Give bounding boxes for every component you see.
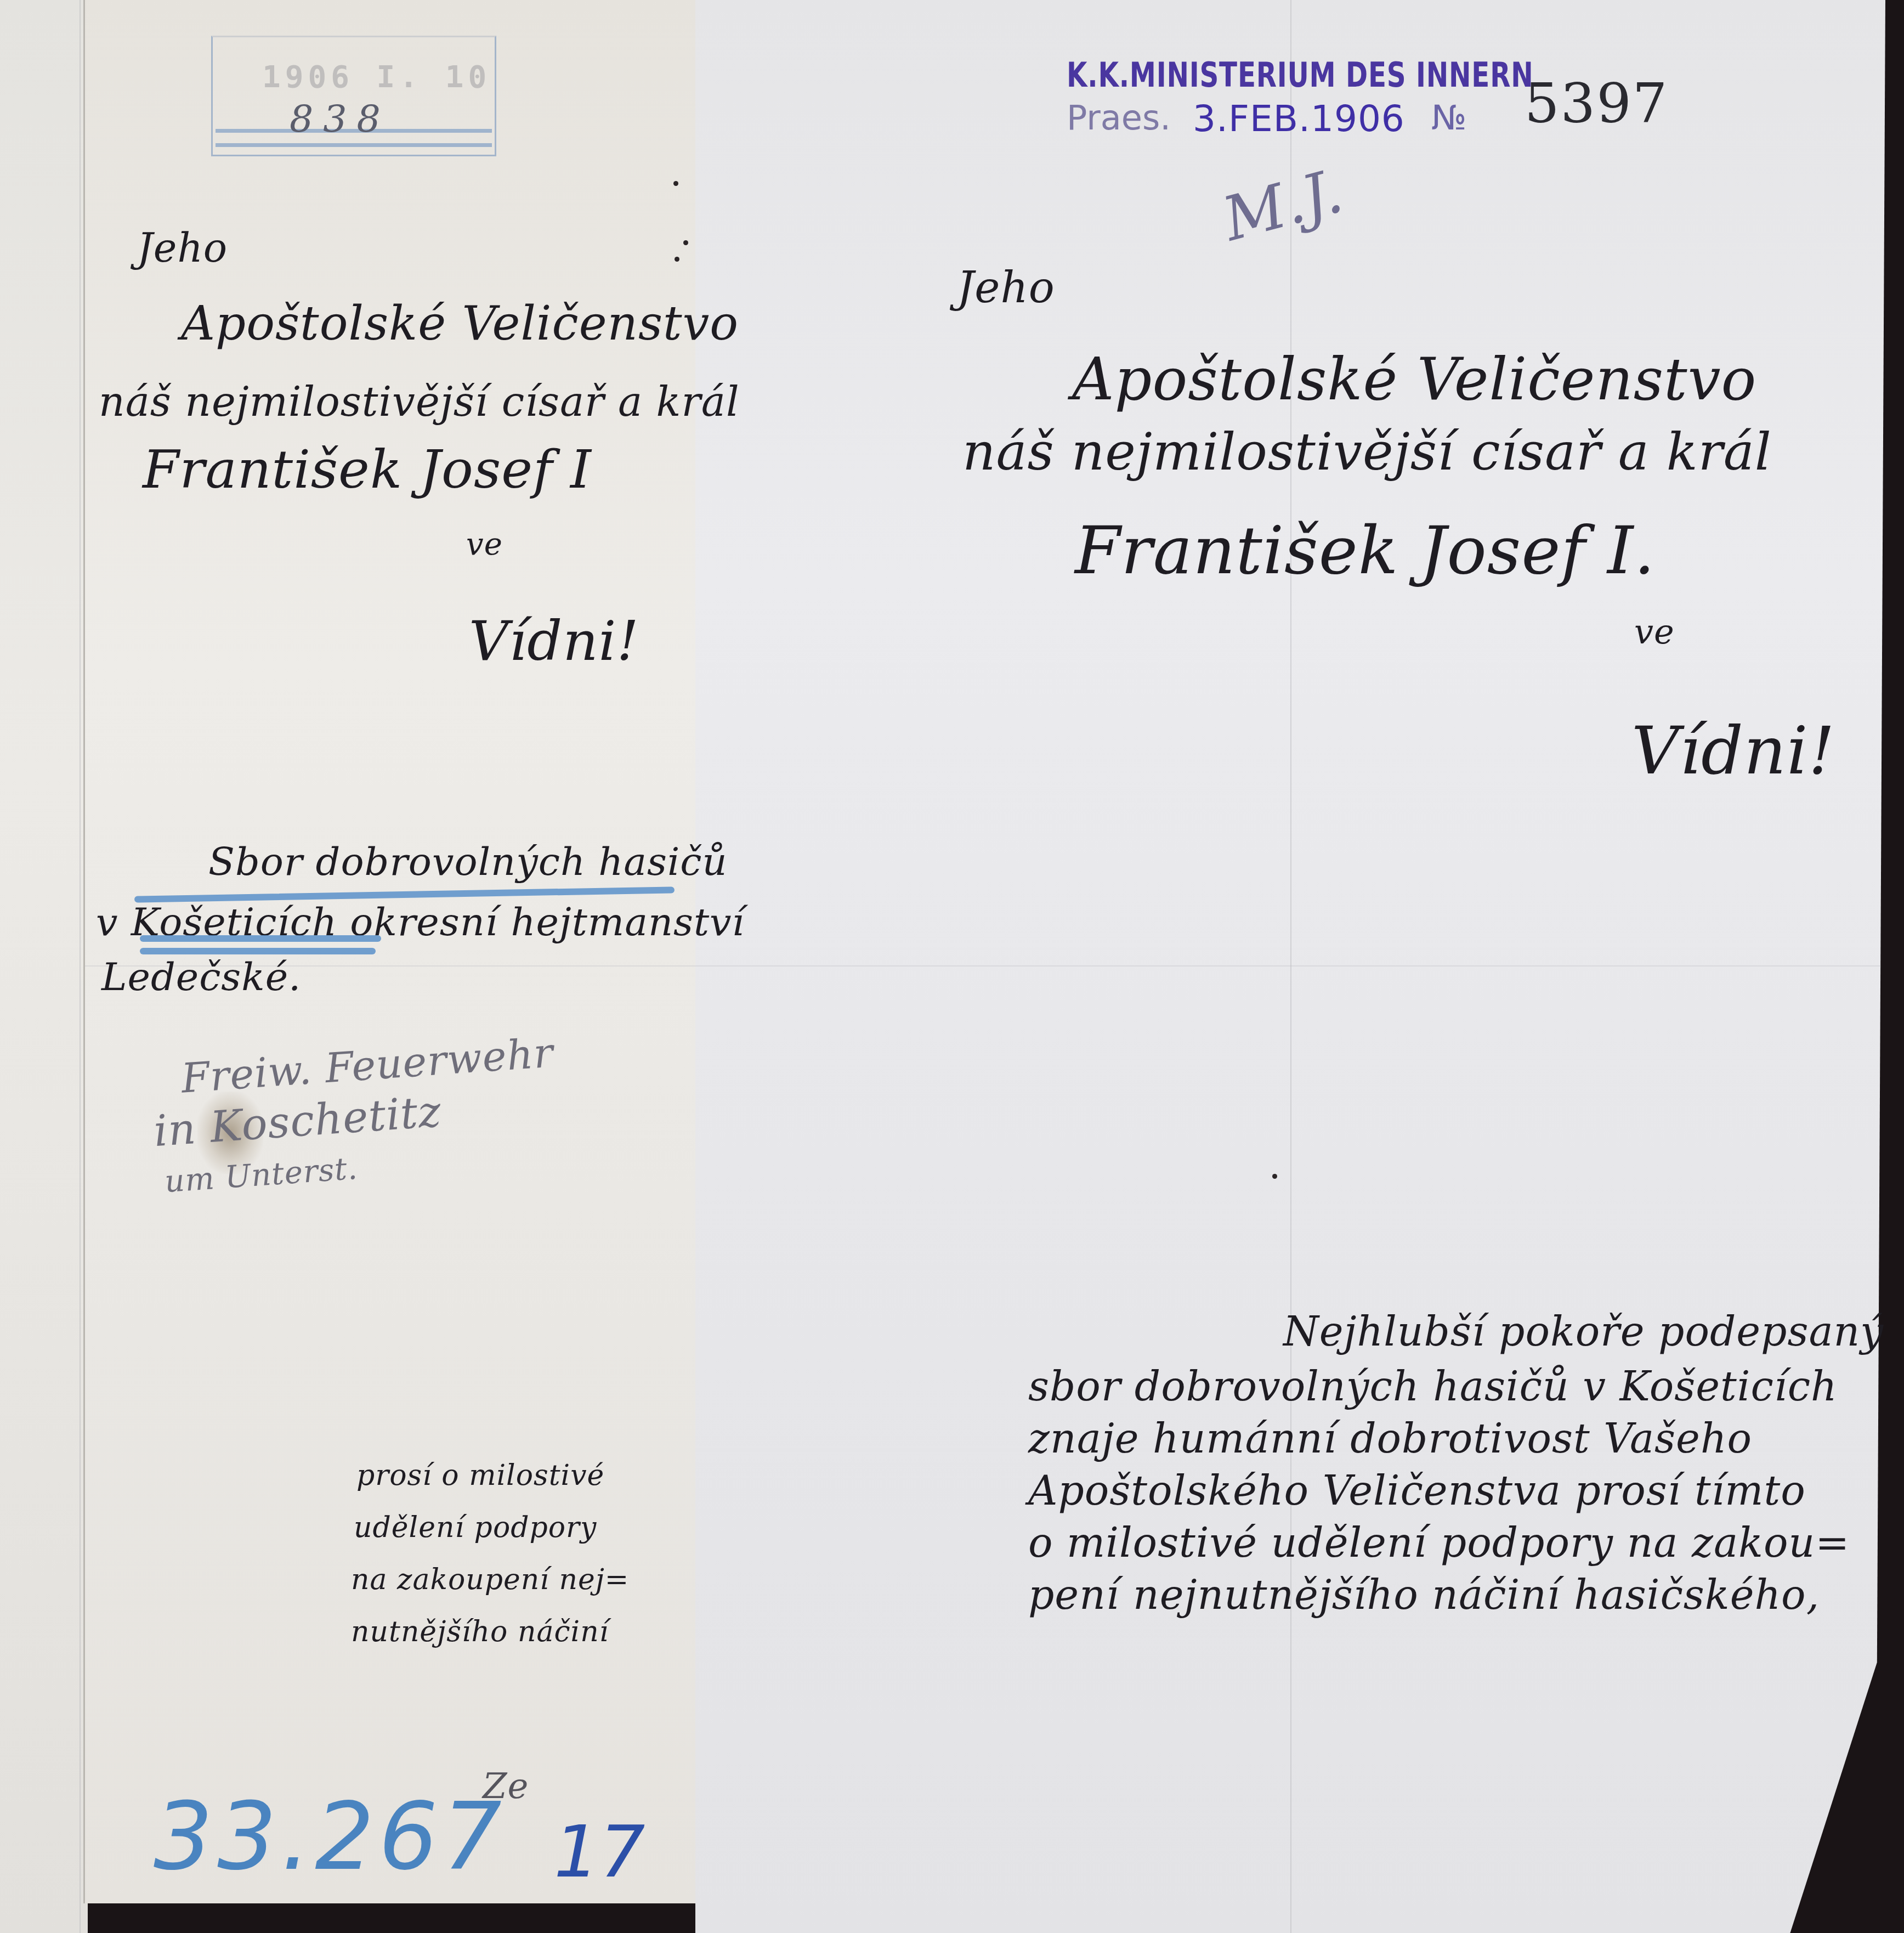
left-address-line-2: Apoštolské Veličenstvo xyxy=(181,296,739,351)
blue-underline xyxy=(140,935,381,942)
summary-line-2: udělení podpory xyxy=(354,1511,597,1544)
registry-stamp: 1906 I. 10 838 xyxy=(211,36,496,156)
left-address-line-6: Vídni! xyxy=(469,609,639,673)
right-address-line-4: František Josef I. xyxy=(1075,513,1656,589)
speck xyxy=(1272,1174,1277,1179)
stamp-rule xyxy=(216,143,492,147)
body-line: Nejhlubší pokoře podepsaný xyxy=(1283,1308,1884,1355)
ministry-stamp-title: K.K.MINISTERIUM DES INNERN xyxy=(1067,55,1533,95)
left-address-line-3: náš nejmilostivější císař a král xyxy=(99,378,740,426)
left-outer-flap xyxy=(0,0,88,1933)
body-line: sbor dobrovolných hasičů v Košeticích xyxy=(1028,1363,1838,1410)
summary-line-3: na zakoupení nej= xyxy=(351,1563,629,1596)
body-line: o milostivé udělení podpory na zakou= xyxy=(1028,1519,1850,1567)
right-address-line-2: Apoštolské Veličenstvo xyxy=(1072,346,1756,413)
petitioner-line-1: Sbor dobrovolných hasičů xyxy=(208,839,728,884)
registry-stamp-date: 1906 I. 10 xyxy=(262,59,491,95)
right-address-line-5: ve xyxy=(1634,612,1675,652)
ministry-stamp-no-label: № xyxy=(1431,98,1466,138)
fold-line xyxy=(80,0,81,1933)
body-line: znaje humánní dobrotivost Vašeho xyxy=(1028,1415,1752,1462)
fold-line xyxy=(1290,0,1291,1933)
pin-hole xyxy=(683,240,688,245)
file-number: 33.267 xyxy=(154,1783,506,1891)
right-address-line-3: náš nejmilostivější císař a král xyxy=(962,422,1772,482)
petitioner-line-3: Ledečské. xyxy=(101,954,301,999)
ministry-stamp-date: 3.FEB.1906 xyxy=(1193,98,1405,140)
body-line: pení nejnutnějšího náčiní hasičského, xyxy=(1028,1572,1820,1619)
left-address-line-5: ve xyxy=(466,527,503,562)
blue-underline xyxy=(140,948,376,954)
ministry-stamp-prefix: Praes. xyxy=(1067,98,1171,138)
right-address-line-6: Vídni! xyxy=(1631,713,1835,789)
summary-line-1: prosí o milostivé xyxy=(356,1459,604,1492)
summary-line-4: nutnějšího náčiní xyxy=(351,1615,609,1648)
blue-number: 17 xyxy=(554,1810,645,1894)
fold-line xyxy=(695,965,1885,966)
left-address-line-4: František Josef I xyxy=(143,439,592,500)
left-address-line-1: Jeho xyxy=(137,225,228,271)
pin-hole xyxy=(675,257,679,262)
pin-hole xyxy=(673,181,678,186)
body-line: Apoštolského Veličenstva prosí tímto xyxy=(1028,1467,1806,1514)
right-sheet xyxy=(695,0,1885,1933)
right-address-line-1: Jeho xyxy=(957,263,1055,313)
registry-stamp-number: 838 xyxy=(290,98,390,141)
ministry-stamp-number: 5397 xyxy=(1525,71,1669,135)
